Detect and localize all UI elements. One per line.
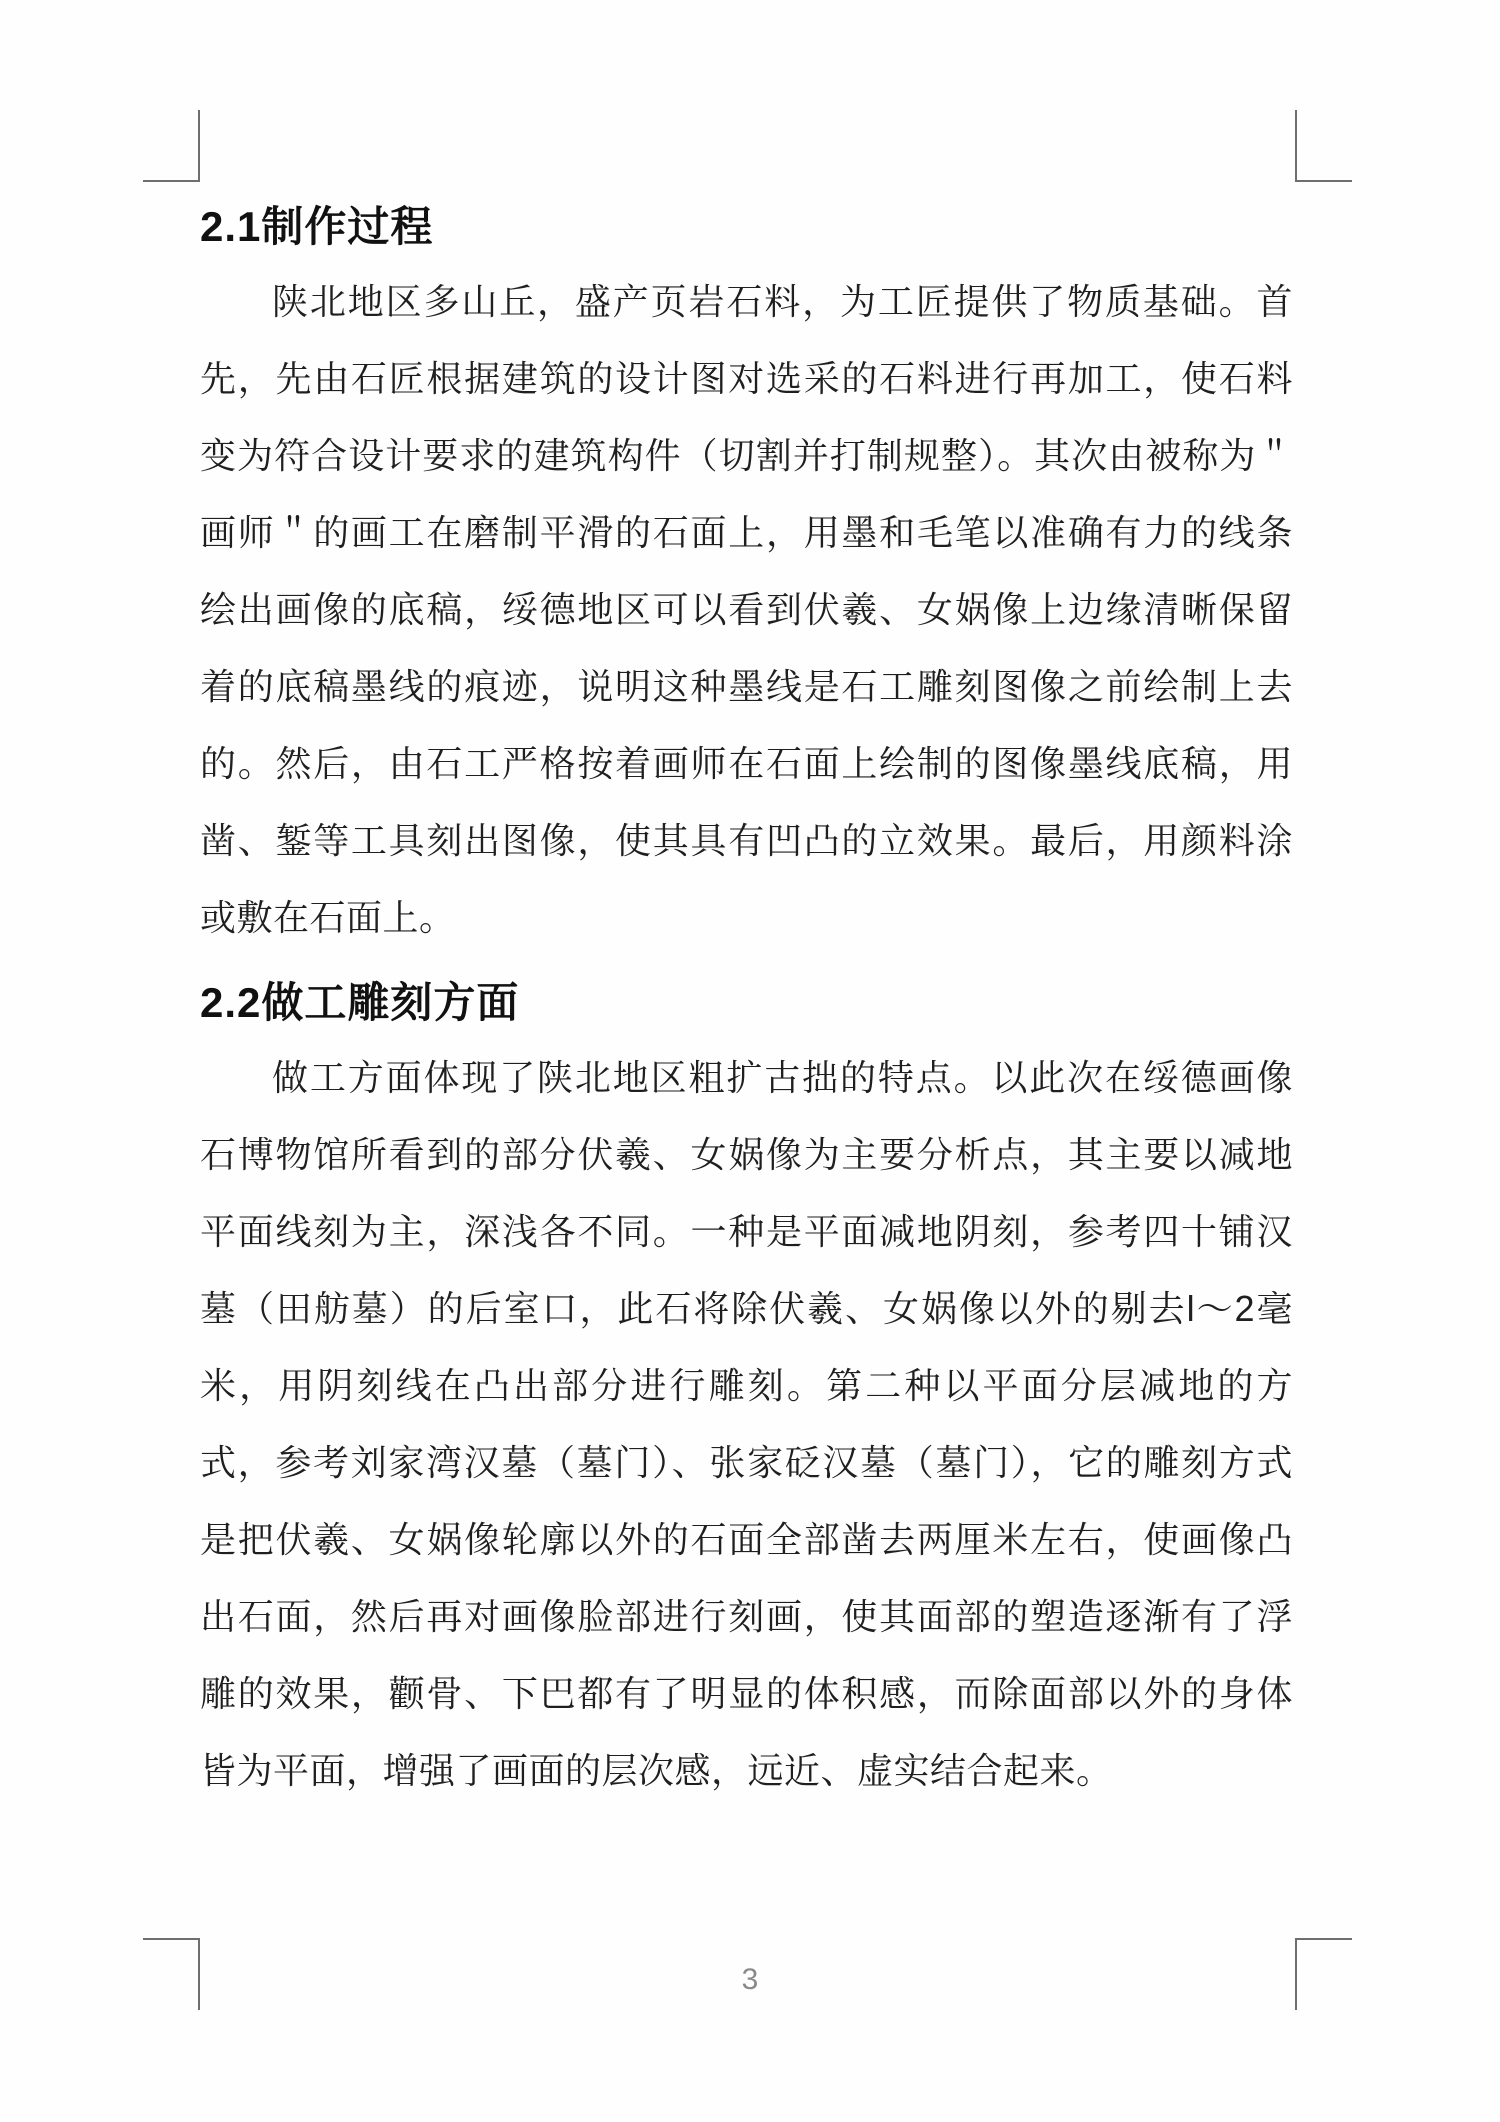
- text-boundary-mark-top-left: [143, 110, 200, 182]
- document-body: 2.1制作过程 陕北地区多山丘，盛产页岩石料，为工匠提供了物质基础。首先，先由石…: [200, 180, 1293, 1819]
- section-2-1-paragraph: 陕北地区多山丘，盛产页岩石料，为工匠提供了物质基础。首先，先由石匠根据建筑的设计…: [200, 263, 1293, 956]
- section-heading-2-2: 2.2做工雕刻方面: [200, 971, 1293, 1034]
- page-number: 3: [0, 1963, 1500, 1997]
- section-heading-2-1: 2.1制作过程: [200, 195, 1293, 258]
- text-boundary-mark-top-right: [1295, 110, 1352, 182]
- section-2-2-paragraph: 做工方面体现了陕北地区粗扩古拙的特点。以此次在绥德画像石博物馆所看到的部分伏羲、…: [200, 1039, 1293, 1809]
- document-page: 2.1制作过程 陕北地区多山丘，盛产页岩石料，为工匠提供了物质基础。首先，先由石…: [0, 0, 1500, 2122]
